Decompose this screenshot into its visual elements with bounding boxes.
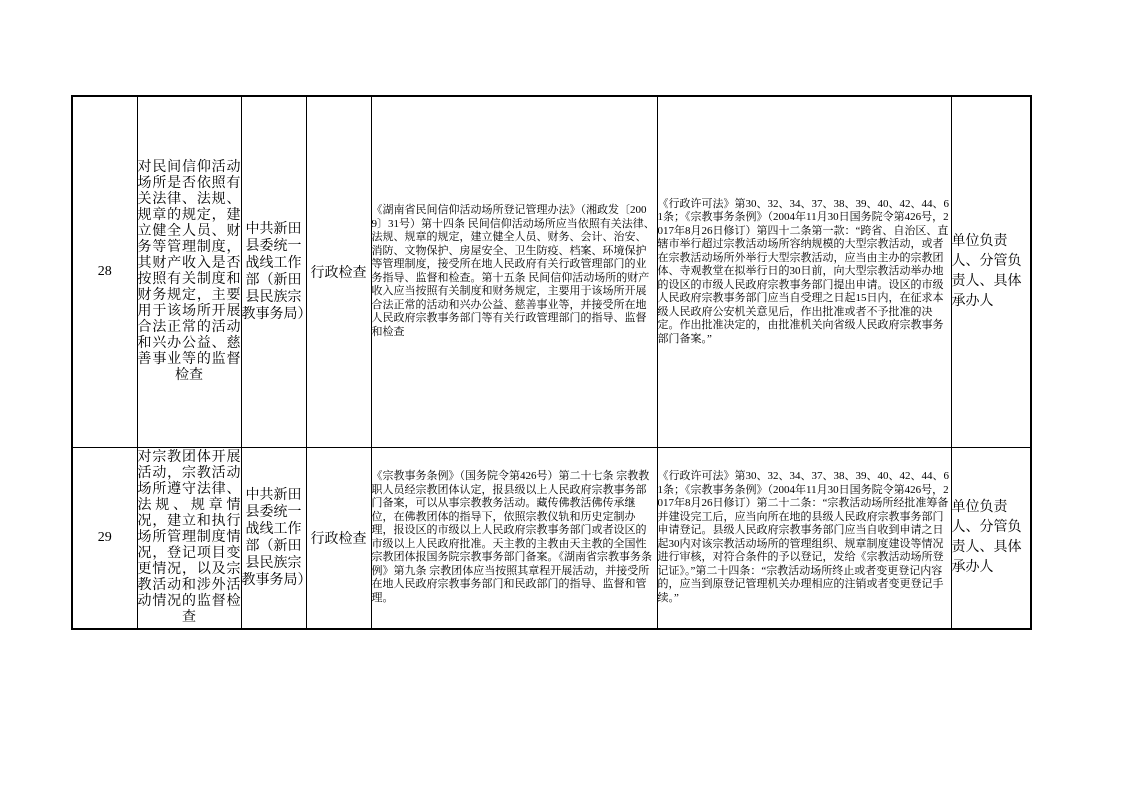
responsible-persons-cell: 单位负责人、分管负责人、具体承办人 [951, 447, 1031, 629]
document-page: 28 对民间信仰活动场所是否依照有关法律、法规、规章的规定，建立健全人员、财务等… [0, 0, 1122, 793]
inspection-items-table: 28 对民间信仰活动场所是否依照有关法律、法规、规章的规定，建立健全人员、财务等… [71, 95, 1032, 630]
legal-authority-cell: 《行政许可法》第30、32、34、37、38、39、40、42、44、61条；《… [657, 96, 951, 447]
legal-authority-cell: 《行政许可法》第30、32、34、37、38、39、40、42、44、61条；《… [657, 447, 951, 629]
table-row: 28 对民间信仰活动场所是否依照有关法律、法规、规章的规定，建立健全人员、财务等… [72, 96, 1031, 447]
department-cell: 中共新田县委统一战线工作部（新田县民族宗教事务局） [241, 447, 306, 629]
inspection-item-cell: 对民间信仰活动场所是否依照有关法律、法规、规章的规定，建立健全人员、财务等管理制… [137, 96, 241, 447]
legal-basis-cell: 《宗教事务条例》（国务院令第426号）第二十七条 宗教教职人员经宗教团体认定，报… [371, 447, 657, 629]
responsible-persons-cell: 单位负责人、分管负责人、具体承办人 [951, 96, 1031, 447]
legal-basis-cell: 《湖南省民间信仰活动场所登记管理办法》（湘政发〔2009〕31号）第十四条 民间… [371, 96, 657, 447]
check-type-cell: 行政检查 [306, 447, 371, 629]
table-row: 29 对宗教团体开展活动，宗教活动场所遵守法律、法规、规章情况，建立和执行场所管… [72, 447, 1031, 629]
inspection-item-cell: 对宗教团体开展活动，宗教活动场所遵守法律、法规、规章情况，建立和执行场所管理制度… [137, 447, 241, 629]
row-number-cell: 28 [72, 96, 137, 447]
check-type-cell: 行政检查 [306, 96, 371, 447]
department-cell: 中共新田县委统一战线工作部（新田县民族宗教事务局） [241, 96, 306, 447]
row-number-cell: 29 [72, 447, 137, 629]
